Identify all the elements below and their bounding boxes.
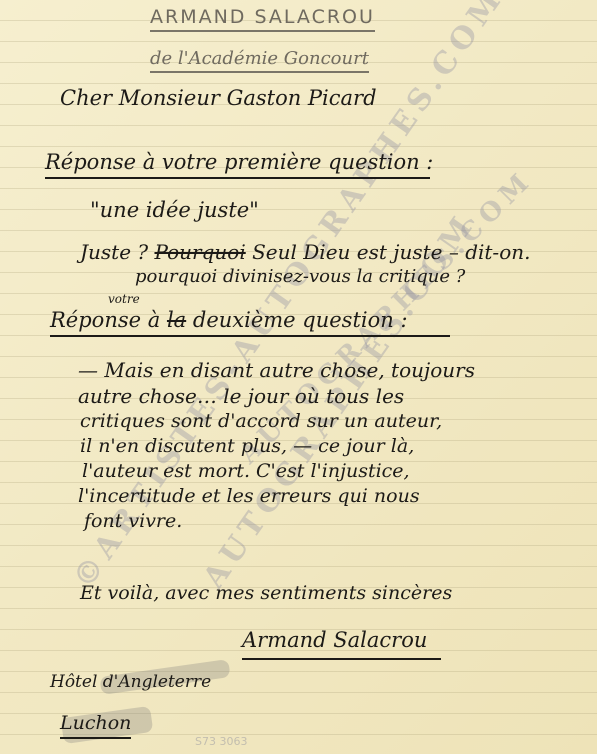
body-line-2: autre chose… le jour où tous les [78, 384, 404, 408]
body-line-6: l'incertitude et les erreurs qui nous [78, 485, 420, 507]
question1-line1-rest: Seul Dieu est juste – dit-on. [252, 240, 530, 264]
body-line-4: il n'en discutent plus, — ce jour là, [80, 435, 414, 457]
insertion-above: votre [108, 292, 140, 306]
question2-heading: Réponse à la deuxième question : [50, 308, 450, 337]
body-line-3: critiques sont d'accord sur un auteur, [80, 410, 442, 432]
body-line-5: l'auteur est mort. C'est l'injustice, [82, 460, 410, 482]
archive-stamp: S73 3063 [195, 735, 247, 748]
question1-heading: Réponse à votre première question : [45, 150, 430, 179]
body-line-7: font vivre. [84, 510, 182, 532]
address-town: Luchon [60, 712, 131, 739]
letterhead-name: ARMAND SALACROU [150, 6, 375, 32]
letter-page: ©ARTISTES-AUTOGRAPHES.COM AUTOGRAPHES.CO… [0, 0, 597, 754]
letterhead-affiliation: de l'Académie Goncourt [150, 48, 369, 73]
question2-heading-prefix: Réponse à [50, 308, 160, 332]
question2-heading-rest: deuxième question : [193, 308, 408, 332]
question1-line1: Juste ? Pourquoi Seul Dieu est juste – d… [80, 240, 530, 264]
body-line-1: — Mais en disant autre chose, toujours [78, 358, 475, 382]
salutation: Cher Monsieur Gaston Picard [60, 86, 377, 110]
signature: Armand Salacrou [242, 628, 441, 660]
struck-word: Pourquoi [154, 240, 245, 264]
question1-line1-prefix: Juste ? [80, 240, 148, 264]
struck-word: la [167, 308, 186, 332]
address-hotel: Hôtel d'Angleterre [50, 672, 211, 692]
closing: Et voilà, avec mes sentiments sincères [80, 582, 452, 604]
question1-quote: "une idée juste" [90, 198, 259, 222]
question1-line2: pourquoi divinisez-vous la critique ? [135, 266, 465, 287]
